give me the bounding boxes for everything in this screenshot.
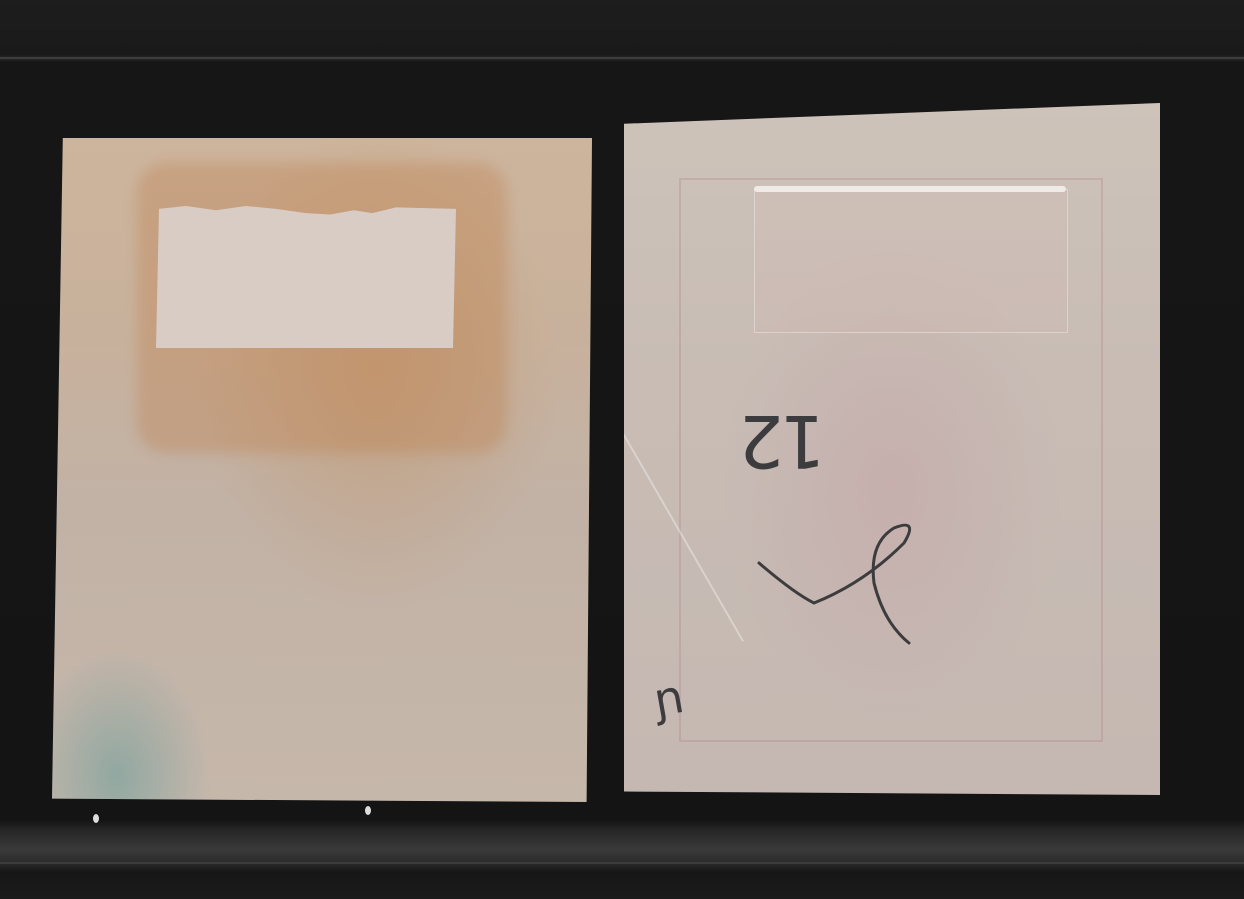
debris-fleck	[365, 806, 371, 815]
stockcard-strip-line-top	[0, 57, 1244, 59]
stamp-hinge-left	[156, 206, 456, 348]
hinge-edge	[754, 186, 1066, 192]
stockcard-background: 12 ɲ	[0, 0, 1244, 899]
debris-fleck	[93, 814, 99, 823]
pencil-squiggle-icon	[754, 523, 924, 653]
pencil-number: 12	[742, 399, 826, 483]
stamp-hinge-right	[754, 189, 1068, 333]
stockcard-strip-line-bottom	[0, 862, 1244, 864]
stamp-back-right: 12 ɲ	[624, 103, 1160, 795]
stamp-back-left	[52, 138, 592, 802]
